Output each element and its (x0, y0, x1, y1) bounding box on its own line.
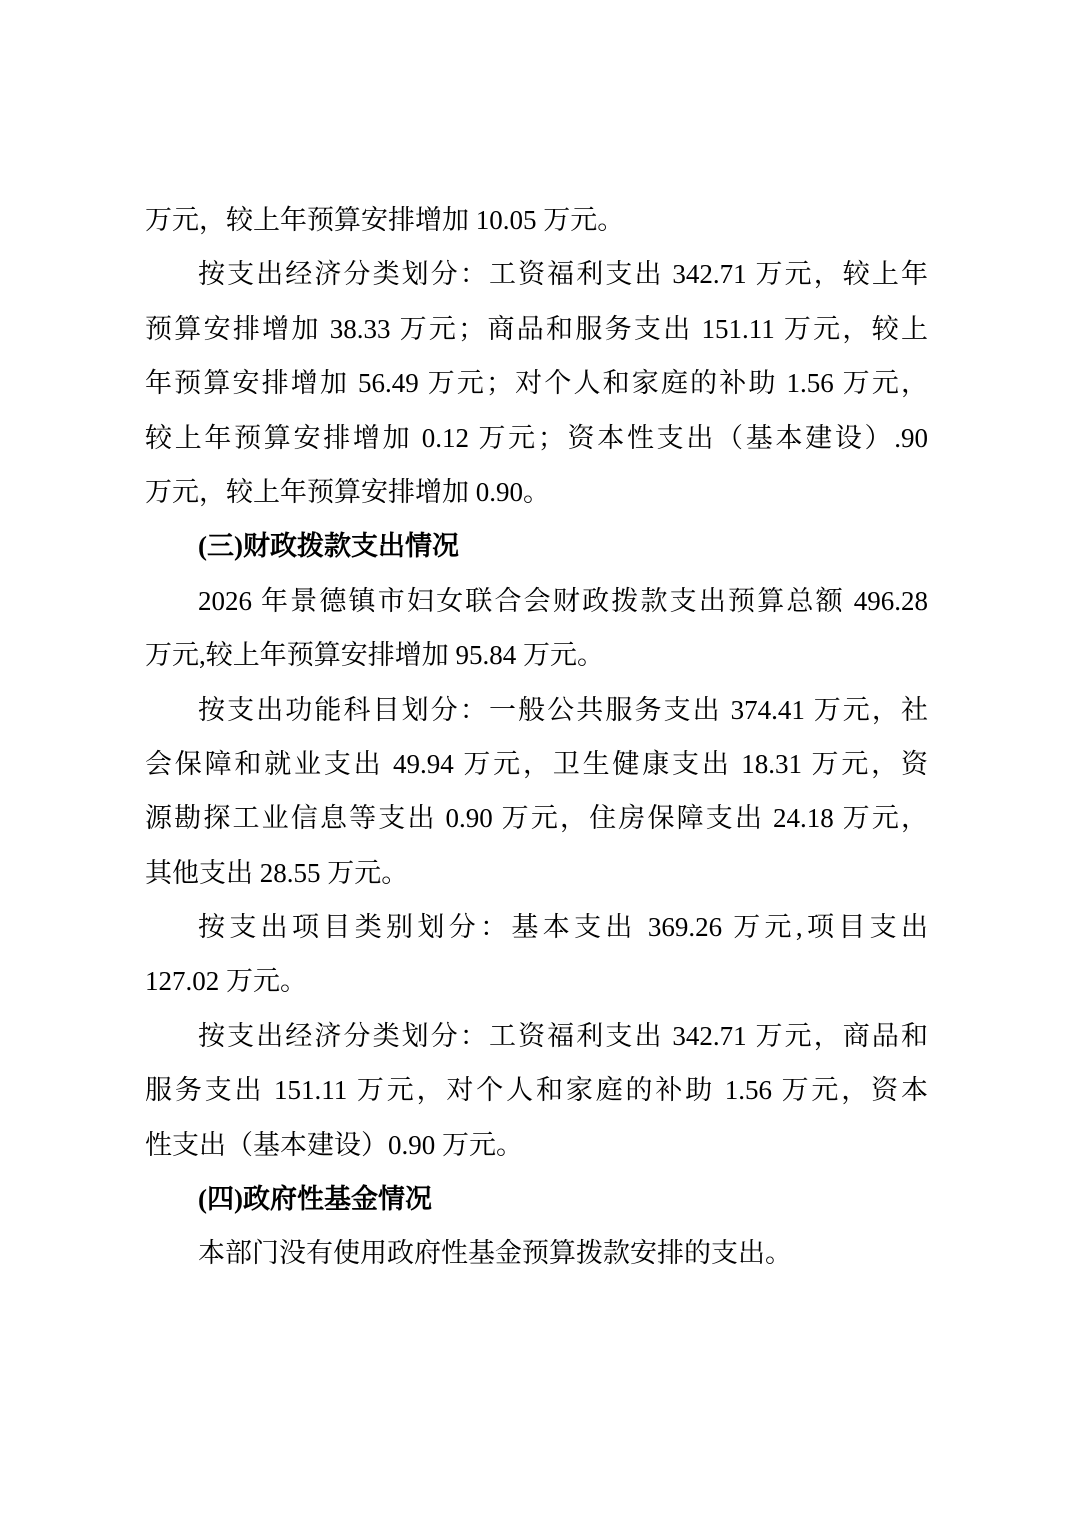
heading-text: (三)财政拨款支出情况 (145, 519, 928, 573)
paragraph-project-classification: 按支出项目类别划分：基本支出 369.26 万元,项目支出 127.02 万元。 (145, 900, 928, 1009)
text-line: 万元，较上年预算安排增加 0.90。 (145, 465, 928, 519)
text-line: 按支出经济分类划分：工资福利支出 342.71 万元，较上年 (145, 247, 928, 301)
text-line: 按支出功能科目划分：一般公共服务支出 374.41 万元，社 (145, 683, 928, 737)
text-line: 其他支出 28.55 万元。 (145, 846, 928, 900)
document-body: 万元，较上年预算安排增加 10.05 万元。 按支出经济分类划分：工资福利支出 … (145, 193, 928, 1281)
text-line: 127.02 万元。 (145, 954, 928, 1008)
paragraph-fiscal-total: 2026 年景德镇市妇女联合会财政拨款支出预算总额 496.28 万元,较上年预… (145, 574, 928, 683)
text-line: 按支出经济分类划分：工资福利支出 342.71 万元，商品和 (145, 1009, 928, 1063)
text-line: 万元,较上年预算安排增加 95.84 万元。 (145, 628, 928, 682)
text-line: 会保障和就业支出 49.94 万元，卫生健康支出 18.31 万元，资 (145, 737, 928, 791)
text-line: 性支出（基本建设）0.90 万元。 (145, 1118, 928, 1172)
heading-text: (四)政府性基金情况 (145, 1172, 928, 1226)
paragraph-function-classification: 按支出功能科目划分：一般公共服务支出 374.41 万元，社 会保障和就业支出 … (145, 683, 928, 901)
paragraph-expenditure-continuation: 万元，较上年预算安排增加 10.05 万元。 (145, 193, 928, 247)
text-line: 年预算安排增加 56.49 万元；对个人和家庭的补助 1.56 万元， (145, 356, 928, 410)
section-heading-4: (四)政府性基金情况 (145, 1172, 928, 1226)
document-page: 万元，较上年预算安排增加 10.05 万元。 按支出经济分类划分：工资福利支出 … (0, 0, 1074, 1520)
text-line: 预算安排增加 38.33 万元；商品和服务支出 151.11 万元，较上 (145, 302, 928, 356)
paragraph-economic-classification-2: 按支出经济分类划分：工资福利支出 342.71 万元，商品和 服务支出 151.… (145, 1009, 928, 1172)
paragraph-government-fund: 本部门没有使用政府性基金预算拨款安排的支出。 (145, 1226, 928, 1280)
text-line: 万元，较上年预算安排增加 10.05 万元。 (145, 193, 928, 247)
text-line: 源勘探工业信息等支出 0.90 万元，住房保障支出 24.18 万元， (145, 791, 928, 845)
paragraph-economic-classification: 按支出经济分类划分：工资福利支出 342.71 万元，较上年 预算安排增加 38… (145, 247, 928, 519)
text-line: 2026 年景德镇市妇女联合会财政拨款支出预算总额 496.28 (145, 574, 928, 628)
text-line: 较上年预算安排增加 0.12 万元；资本性支出（基本建设）.90 (145, 411, 928, 465)
text-line: 服务支出 151.11 万元，对个人和家庭的补助 1.56 万元，资本 (145, 1063, 928, 1117)
section-heading-3: (三)财政拨款支出情况 (145, 519, 928, 573)
text-line: 按支出项目类别划分：基本支出 369.26 万元,项目支出 (145, 900, 928, 954)
text-line: 本部门没有使用政府性基金预算拨款安排的支出。 (145, 1226, 928, 1280)
